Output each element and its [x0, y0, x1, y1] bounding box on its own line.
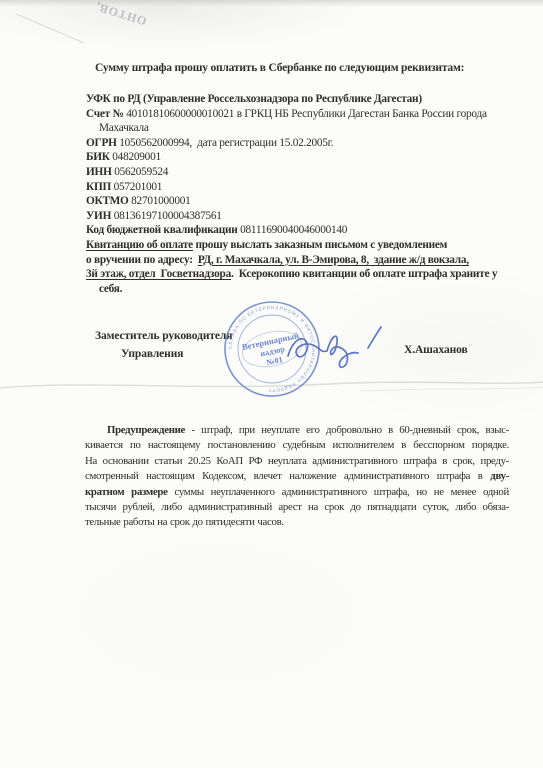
- text-segment: УИН: [86, 210, 114, 222]
- text-segment: 048209001: [112, 151, 161, 163]
- text-segment: 1050562000994, дата регистрации 15.02.20…: [119, 137, 333, 149]
- text-segment: 40101810600000010021 в ГРКЦ НБ Республик…: [126, 108, 487, 120]
- text-segment: ОГРН: [86, 137, 119, 149]
- text-line: себя.: [86, 282, 516, 297]
- text-line: УИН 08136197100004387561: [86, 209, 516, 224]
- text-segment: КПП: [86, 181, 114, 193]
- text-segment: . Ксерокопию квитанции об оплате штрафа …: [231, 268, 497, 280]
- text-segment: 057201001: [114, 181, 163, 193]
- text-line: смотренный настоящим Кодексом, влечет на…: [85, 469, 509, 484]
- text-segment: тельные работы на срок до пятидесяти час…: [85, 516, 284, 528]
- text-segment: УФК по РД (Управление Россельхознадзора …: [86, 93, 422, 105]
- text-segment: Предупреждение: [107, 424, 185, 436]
- text-segment: БИК: [86, 151, 112, 163]
- text-segment: 08136197100004387561: [114, 210, 222, 222]
- signer-name: Х.Ашаханов: [404, 344, 468, 356]
- text-line: УФК по РД (Управление Россельхознадзора …: [86, 92, 516, 107]
- text-segment: - штраф, при неуплате его добровольно в …: [185, 424, 509, 436]
- text-line: кратном размере суммы неуплаченного адми…: [85, 485, 509, 500]
- text-segment: 08111690040046000140: [240, 224, 347, 236]
- text-segment: дву-: [490, 470, 509, 482]
- text-segment: Код бюджетной квалификации: [86, 224, 240, 236]
- text-segment: Махачкала: [99, 122, 149, 134]
- text-line: ИНН 0562059524: [86, 165, 516, 180]
- underlined-text-segment: Квитанцию об оплате: [86, 239, 193, 251]
- text-line: ОГРН 1050562000994, дата регистрации 15.…: [86, 136, 516, 151]
- stamp-center-line3: №01: [266, 355, 284, 367]
- text-segment: суммы неуплаченного административного шт…: [168, 486, 509, 498]
- signer-position-line2: Управления: [121, 348, 183, 360]
- text-segment: На основании статьи 20.25 КоАП РФ неупла…: [85, 455, 509, 467]
- text-segment: кратном размере: [85, 486, 168, 498]
- text-line: тысячи рублей, либо административный аре…: [85, 500, 509, 515]
- text-segment: себя.: [99, 283, 122, 295]
- text-segment: 82701000001: [131, 195, 190, 207]
- warning-paragraph: Предупреждение - штраф, при неуплате его…: [85, 423, 509, 531]
- crease-diagonal: [16, 14, 84, 43]
- text-segment: ИНН: [86, 166, 114, 178]
- scanned-document-page: ОНТОВ, Сумму штрафа прошу оплатить в Сбе…: [0, 0, 543, 768]
- text-line: кивается по настоящему постановлению суд…: [85, 438, 509, 453]
- text-line: На основании статьи 20.25 КоАП РФ неупла…: [85, 454, 509, 469]
- text-segment: о вручении по адресу:: [86, 254, 198, 266]
- text-line: БИК 048209001: [86, 150, 516, 165]
- text-line: Махачкала: [86, 121, 516, 136]
- signature-stroke-main: [288, 336, 358, 367]
- signer-position-line1: Заместитель руководителя: [95, 330, 232, 342]
- text-segment: прошу выслать заказным письмом с уведомл…: [193, 239, 447, 251]
- text-line: Квитанцию об оплате прошу выслать заказн…: [86, 238, 516, 253]
- text-segment: тысячи рублей, либо административный аре…: [85, 501, 509, 513]
- text-segment: смотренный настоящим Кодексом, влечет на…: [85, 470, 490, 482]
- signature-stroke-flourish: [368, 327, 381, 348]
- text-line: Предупреждение - штраф, при неуплате его…: [85, 423, 509, 438]
- handwritten-signature: [282, 316, 398, 380]
- text-line: тельные работы на срок до пятидесяти час…: [85, 515, 509, 530]
- underlined-text-segment: 3й этаж, отдел Госветнадзора: [86, 268, 231, 280]
- text-segment: кивается по настоящему постановлению суд…: [85, 439, 509, 451]
- text-line: Счет № 40101810600000010021 в ГРКЦ НБ Ре…: [86, 107, 516, 122]
- text-line: ОКТМО 82701000001: [86, 194, 516, 209]
- bleed-through-text: ОНТОВ,: [68, 0, 149, 28]
- text-line: о вручении по адресу: РД, г. Махачкала, …: [86, 253, 516, 268]
- text-segment: ОКТМО: [86, 195, 131, 207]
- intro-line: Сумму штрафа прошу оплатить в Сбербанке …: [95, 62, 515, 74]
- text-line: 3й этаж, отдел Госветнадзора. Ксерокопию…: [86, 267, 516, 282]
- text-segment: Счет №: [86, 108, 126, 120]
- text-line: КПП 057201001: [86, 180, 516, 195]
- text-segment: 0562059524: [114, 166, 168, 178]
- underlined-text-segment: РД, г. Махачкала, ул. В-Эмирова, 8, здан…: [198, 254, 469, 266]
- payment-requisites: УФК по РД (Управление Россельхознадзора …: [86, 92, 516, 296]
- text-line: Код бюджетной квалификации 0811169004004…: [86, 223, 516, 238]
- crease-horizontal-faint: [360, 387, 543, 391]
